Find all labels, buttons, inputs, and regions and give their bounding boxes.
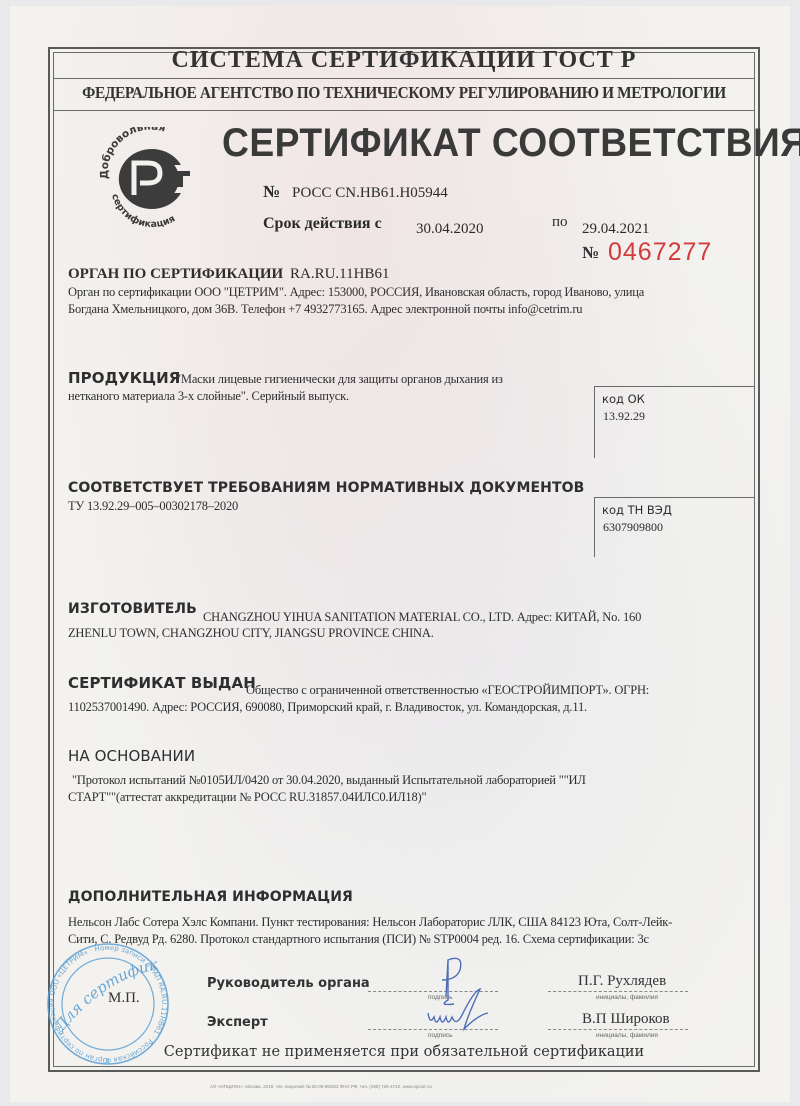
expert-name-caption: инициалы, фамилия <box>596 1032 658 1039</box>
certificate-title: СЕРТИФИКАТ СООТВЕТСТВИЯ <box>222 121 800 166</box>
validity-label: Срок действия с <box>263 215 382 233</box>
conformity-line1: ТУ 13.92.29–005–00302178–2020 <box>68 499 238 514</box>
divider <box>53 110 755 111</box>
valid-to-label: по <box>552 214 568 231</box>
expert-label: Эксперт <box>207 1015 268 1030</box>
product-line2: нетканого материала 3-х слойные". Серийн… <box>68 389 349 404</box>
head-name: П.Г. Рухлядев <box>578 973 666 990</box>
issued-to-heading: СЕРТИФИКАТ ВЫДАН <box>68 674 256 692</box>
cert-body-code: RA.RU.11НВ61 <box>290 266 389 283</box>
certificate-number: РОСС CN.НВ61.Н05944 <box>292 185 448 202</box>
okpd-code-box: код ОК 13.92.29 <box>594 386 754 458</box>
expert-name-line <box>548 1029 688 1030</box>
system-title: СИСТЕМА СЕРТИФИКАЦИИ ГОСТ Р <box>53 47 755 74</box>
issued-to-line2: 1102537001490. Адрес: РОССИЯ, 690080, Пр… <box>68 700 587 715</box>
issued-to-line1: Общество с ограниченной ответственностью… <box>246 683 649 698</box>
valid-to: 29.04.2021 <box>582 221 650 238</box>
number-label: № <box>263 182 280 202</box>
cert-body-line2: Богдана Хмельницкого, дом 36В. Телефон +… <box>68 302 582 317</box>
expert-name: В.П Широков <box>582 1011 670 1028</box>
product-line1: "Маски лицевые гигиенически для защиты о… <box>176 372 503 387</box>
conformity-heading: СООТВЕТСТВУЕТ ТРЕБОВАНИЯМ НОРМАТИВНЫХ ДО… <box>68 480 584 496</box>
okpd-code-label: код ОК <box>602 392 645 406</box>
expert-signature-icon <box>418 985 518 1045</box>
rst-logo-icon: Добровольная сертификация <box>98 127 204 227</box>
serial-label: № <box>582 243 599 263</box>
stamp-place-label: М.П. <box>108 990 140 1007</box>
tnved-code-box: код ТН ВЭД 6307909800 <box>594 497 754 557</box>
manufacturer-line2: ZHENLU TOWN, CHANGZHOU CITY, JIANGSU PRO… <box>68 626 434 641</box>
basis-heading: НА ОСНОВАНИИ <box>68 747 195 765</box>
divider <box>53 78 755 79</box>
cert-body-line1: Орган по сертификации ООО "ЦЕТРИМ". Адре… <box>68 285 644 300</box>
cert-body-heading: ОРГАН ПО СЕРТИФИКАЦИИ <box>68 266 283 283</box>
valid-from: 30.04.2020 <box>416 221 484 238</box>
additional-heading: ДОПОЛНИТЕЛЬНАЯ ИНФОРМАЦИЯ <box>68 889 353 905</box>
okpd-code-value: 13.92.29 <box>603 409 645 424</box>
serial-number: 0467277 <box>608 238 712 267</box>
basis-line2: СТАРТ""(аттестат аккредитации № РОСС RU.… <box>68 790 426 805</box>
additional-line1: Нельсон Лабс Сотера Хэлс Компани. Пункт … <box>68 915 672 930</box>
head-name-caption: инициалы, фамилия <box>596 994 658 1001</box>
manufacturer-heading: ИЗГОТОВИТЕЛЬ <box>68 601 197 617</box>
basis-line1: "Протокол испытаний №0105ИЛ/0420 от 30.0… <box>72 773 586 788</box>
head-name-line <box>548 991 688 992</box>
footer-note: Сертификат не применяется при обязательн… <box>53 1044 755 1060</box>
printer-imprint: АО «ОПЦИОН», Москва, 2018, «Б» лицензия … <box>210 1084 432 1089</box>
head-label: Руководитель органа <box>207 976 370 991</box>
tnved-code-value: 6307909800 <box>603 520 663 535</box>
product-heading: ПРОДУКЦИЯ <box>68 369 180 387</box>
manufacturer-line1: CHANGZHOU YIHUA SANITATION MATERIAL CO.,… <box>203 610 641 625</box>
tnved-code-label: код ТН ВЭД <box>602 503 672 517</box>
agency-title: ФЕДЕРАЛЬНОЕ АГЕНТСТВО ПО ТЕХНИЧЕСКОМУ РЕ… <box>78 83 731 103</box>
